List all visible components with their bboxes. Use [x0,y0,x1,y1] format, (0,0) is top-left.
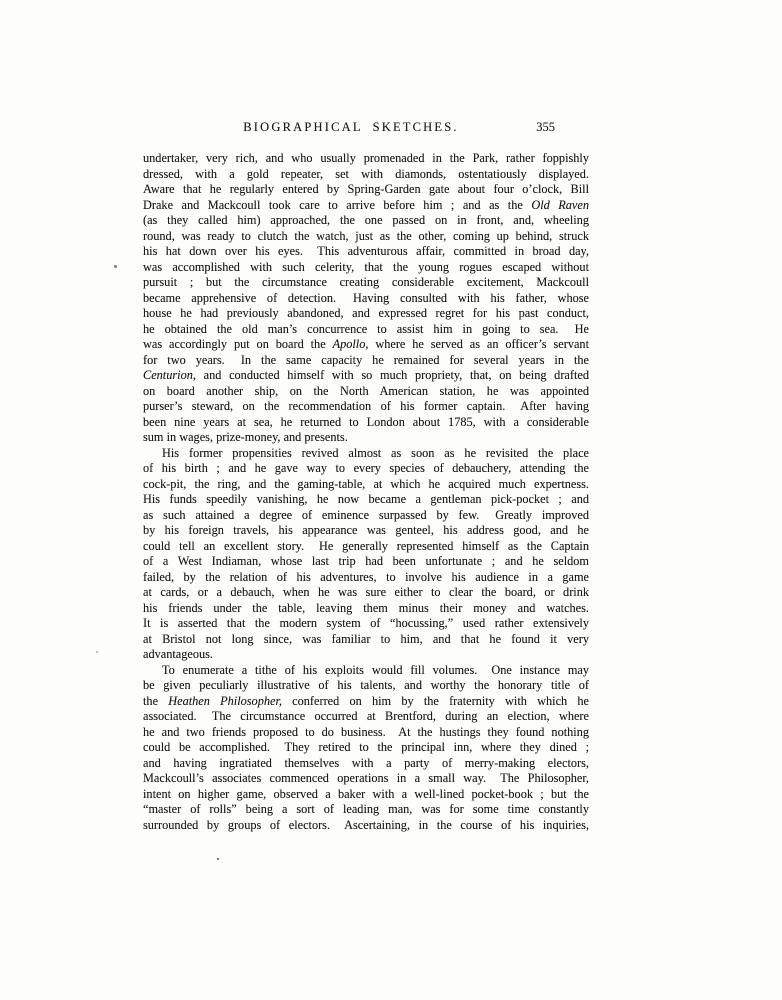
text-line: “master of rolls” being a sort of leadin… [143,802,589,818]
text-line: could tell an excellent story. He genera… [143,539,589,555]
text-line: associated. The circumstance occurred at… [143,709,589,725]
text-line: intent on higher game, observed a baker … [143,787,589,803]
text-line: advantageous. [143,647,589,663]
page-number: 355 [536,120,555,135]
text-line: dressed, with a gold repeater, set with … [143,167,589,183]
text-line: (as they called him) approached, the one… [143,213,589,229]
text-line: at cards, or a debauch, when he was sure… [143,585,589,601]
text-line: the Heathen Philosopher, conferred on hi… [143,694,589,710]
text-line: round, was ready to clutch the watch, ju… [143,229,589,245]
page-header-title: BIOGRAPHICAL SKETCHES. [143,120,559,135]
page-text: undertaker, very rich, and who usually p… [143,151,589,833]
text-line: Aware that he regularly entered by Sprin… [143,182,589,198]
text-line: be given peculiarly illustrative of his … [143,678,589,694]
text-line: To enumerate a tithe of his exploits wou… [143,663,589,679]
running-head: BIOGRAPHICAL SKETCHES. 355 [143,120,589,138]
text-line: of his birth ; and he gave way to every … [143,461,589,477]
text-line: he and two friends proposed to do busine… [143,725,589,741]
text-line: failed, by the relation of his adventure… [143,570,589,586]
text-line: Drake and Mackcoull took care to arrive … [143,198,589,214]
text-line: on board another ship, on the North Amer… [143,384,589,400]
text-line: His funds speedily vanishing, he now bec… [143,492,589,508]
text-line: It is asserted that the modern system of… [143,616,589,632]
text-line: for two years. In the same capacity he r… [143,353,589,369]
text-line: became apprehensive of detection. Having… [143,291,589,307]
text-line: he obtained the old man’s concurrence to… [143,322,589,338]
text-line: was accomplished with such celerity, tha… [143,260,589,276]
text-line: surrounded by groups of electors. Ascert… [143,818,589,834]
text-line: at Bristol not long since, was familiar … [143,632,589,648]
text-line: his friends under the table, leaving the… [143,601,589,617]
text-line: of a West Indiaman, whose last trip had … [143,554,589,570]
text-line: cock-pit, the ring, and the gaming-table… [143,477,589,493]
text-line: Mackcoull’s associates commenced operati… [143,771,589,787]
text-line: could be accomplished. They retired to t… [143,740,589,756]
text-line: His former propensities revived almost a… [143,446,589,462]
text-line: house he had previously abandoned, and e… [143,306,589,322]
text-line: undertaker, very rich, and who usually p… [143,151,589,167]
text-line: was accordingly put on board the Apollo,… [143,337,589,353]
book-page: BIOGRAPHICAL SKETCHES. 355 undertaker, v… [0,0,782,1000]
text-line: his hat down over his eyes. This adventu… [143,244,589,260]
text-line: and having ingratiated themselves with a… [143,756,589,772]
text-line: Centurion, and conducted himself with so… [143,368,589,384]
text-line: by his foreign travels, his appearance w… [143,523,589,539]
text-line: as such attained a degree of eminence su… [143,508,589,524]
scan-speck [114,265,117,268]
scan-speck [96,651,98,653]
text-line: sum in wages, prize-money, and presents. [143,430,589,446]
text-line: purser’s steward, on the recommendation … [143,399,589,415]
text-line: been nine years at sea, he returned to L… [143,415,589,431]
scan-speck [217,858,219,860]
text-line: pursuit ; but the circumstance creating … [143,275,589,291]
